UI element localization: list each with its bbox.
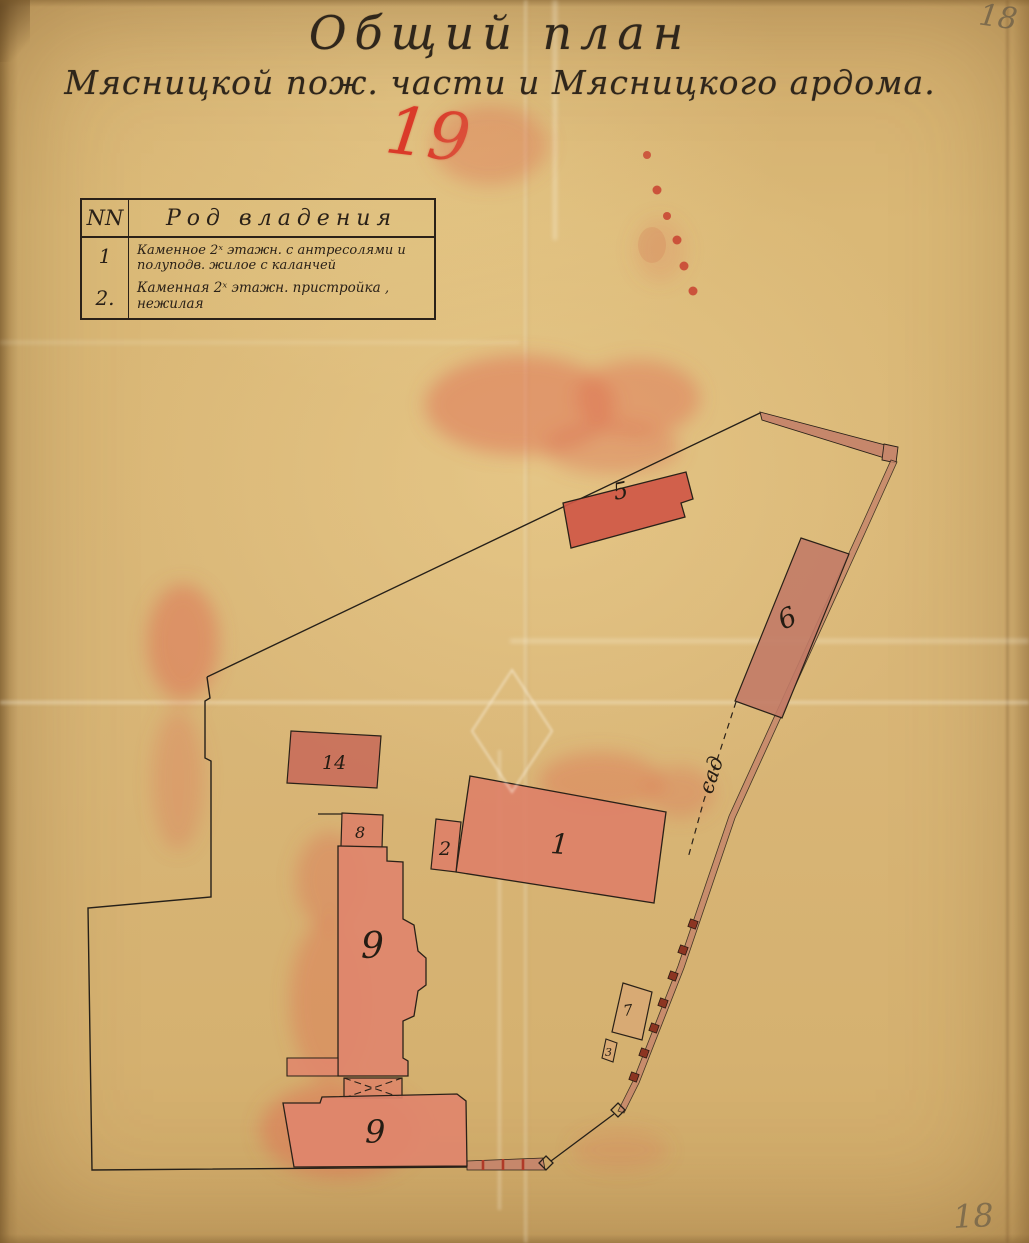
building-9-upper-label: 9	[361, 926, 384, 967]
building-8-label: 8	[355, 823, 365, 842]
building-1-label: 1	[550, 827, 570, 861]
building-2-label: 2	[438, 838, 451, 860]
building-9-left-step	[287, 1058, 338, 1076]
fold-diamond-crease	[472, 670, 552, 792]
bottom-wall-band	[467, 1158, 545, 1170]
site-plan-drawing: 5 6 1 2 14 8 9 9 7 3 сад	[0, 0, 1029, 1243]
scanned-plan-sheet: Общий план Мясницкой пож. части и Мясниц…	[0, 0, 1029, 1243]
building-3-label: 3	[605, 1046, 612, 1059]
boundary-top	[207, 413, 760, 677]
wall-end-post	[882, 444, 898, 463]
garden-label: сад	[694, 753, 728, 796]
wall-band-top	[760, 412, 891, 460]
building-14-label: 14	[322, 752, 346, 774]
building-5	[563, 472, 693, 548]
building-9-lower-label: 9	[365, 1113, 385, 1151]
